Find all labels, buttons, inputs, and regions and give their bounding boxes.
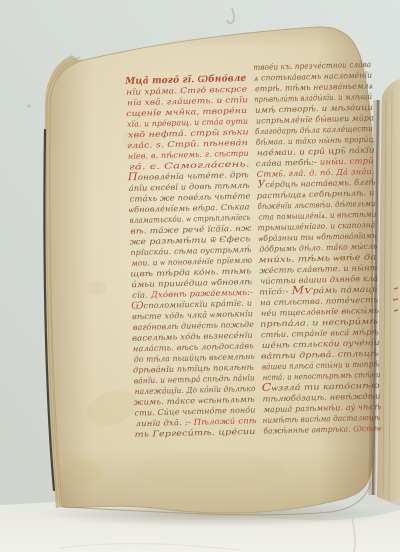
page-stain	[67, 460, 103, 484]
manuscript-photo: Мца̄ того̄ гі̄. Ѡбно́вленїи хра́ма. Стго…	[0, 0, 400, 552]
page-stain	[86, 281, 106, 295]
text-column-right: твое́и къ. презче́стнои сла́ваѧ спотька́…	[253, 60, 383, 436]
page-stain	[135, 452, 285, 488]
backdrop-speck	[28, 105, 31, 108]
manuscript-photo-canvas: Мца̄ того̄ гі̄. Ѡбно́вленїи хра́ма. Стго…	[0, 0, 400, 552]
